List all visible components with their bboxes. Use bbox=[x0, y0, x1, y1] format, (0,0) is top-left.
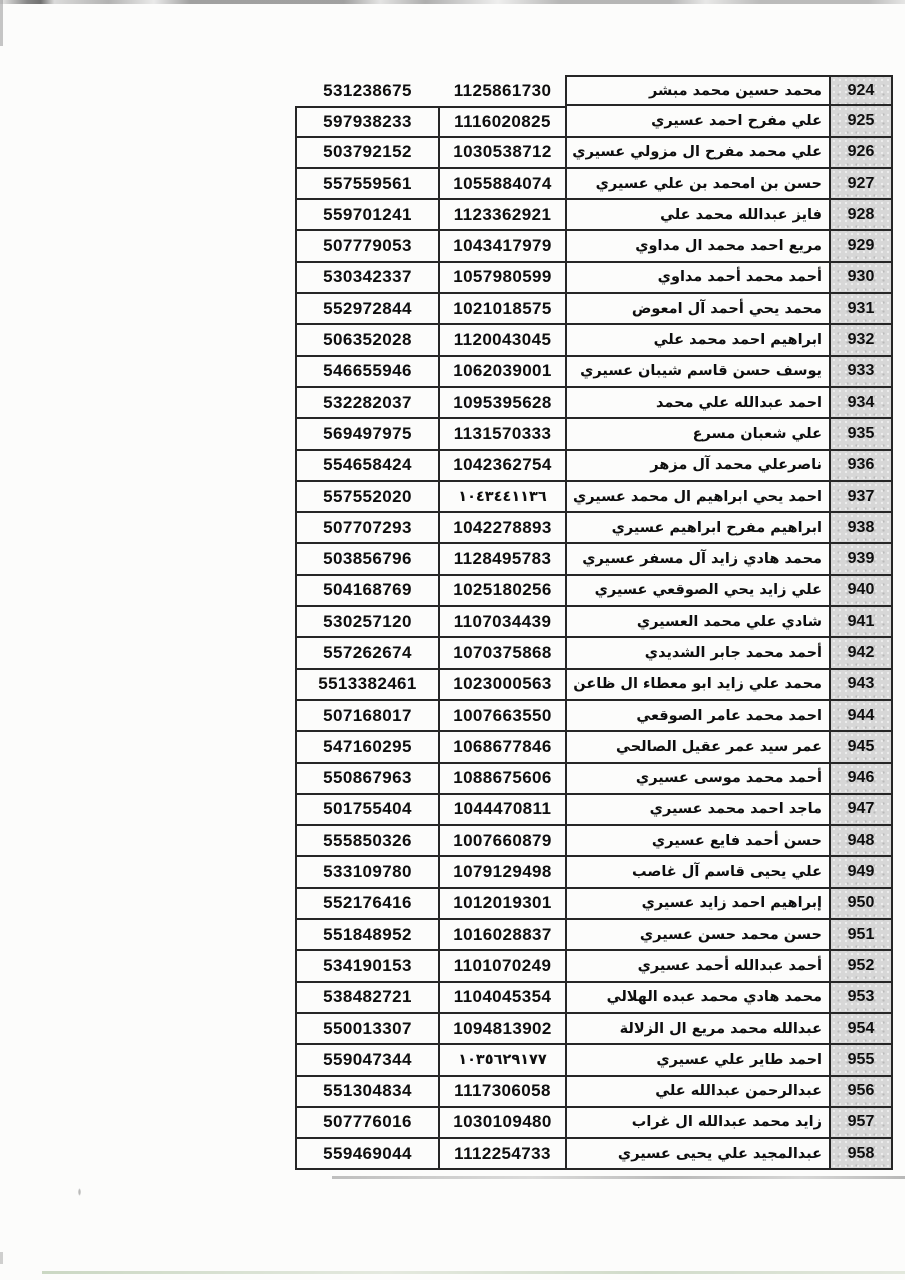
rownum-cell: 952 bbox=[831, 951, 893, 982]
rownum-cell: 947 bbox=[831, 795, 893, 826]
table-row: 5331097801079129498علي يحيى قاسم آل غاصب… bbox=[295, 857, 893, 888]
table-row: 5312386751125861730محمد حسين محمد مبشر92… bbox=[295, 75, 893, 106]
phone-cell: 501755404 bbox=[295, 795, 440, 826]
name-cell: محمد حسين محمد مبشر bbox=[565, 75, 831, 106]
rownum-cell: 928 bbox=[831, 200, 893, 231]
name-cell: يوسف حسن قاسم شيبان عسيري bbox=[565, 357, 831, 388]
id-cell: 1112254733 bbox=[440, 1139, 565, 1170]
name-cell: حسن أحمد فايع عسيري bbox=[565, 826, 831, 857]
rownum-cell: 953 bbox=[831, 983, 893, 1014]
table-row: 5572626741070375868أحمد محمد جابر الشديد… bbox=[295, 638, 893, 669]
phone-cell: 530257120 bbox=[295, 607, 440, 638]
id-cell: 1057980599 bbox=[440, 263, 565, 294]
phone-cell: 550867963 bbox=[295, 764, 440, 795]
table-row: 5529728441021018575محمد يحي أحمد آل امعو… bbox=[295, 294, 893, 325]
rownum-cell: 932 bbox=[831, 325, 893, 356]
id-cell: 1094813902 bbox=[440, 1014, 565, 1045]
phone-cell: 552176416 bbox=[295, 889, 440, 920]
table-row: 5518489521016028837حسن محمد حسن عسيري951 bbox=[295, 920, 893, 951]
id-cell: 1023000563 bbox=[440, 670, 565, 701]
table-row: 5471602951068677846عمر سيد عمر عقيل الصا… bbox=[295, 732, 893, 763]
table-row: 5558503261007660879حسن أحمد فايع عسيري94… bbox=[295, 826, 893, 857]
name-cell: إبراهيم احمد زايد عسيري bbox=[565, 889, 831, 920]
rownum-cell: 939 bbox=[831, 544, 893, 575]
table-row: 5077760161030109480زايد محمد عبدالله ال … bbox=[295, 1108, 893, 1139]
rownum-cell: 940 bbox=[831, 576, 893, 607]
phone-cell: 538482721 bbox=[295, 983, 440, 1014]
id-cell: 1043417979 bbox=[440, 231, 565, 262]
id-cell: 1042362754 bbox=[440, 451, 565, 482]
table-row: 5575595611055884074حسن بن امحمد بن علي ع… bbox=[295, 169, 893, 200]
table-row: 5597012411123362921فايز عبدالله محمد علي… bbox=[295, 200, 893, 231]
rownum-cell: 937 bbox=[831, 482, 893, 513]
table-row: 5063520281120043045ابراهيم احمد محمد علي… bbox=[295, 325, 893, 356]
name-cell: محمد هادي زايد آل مسفر عسيري bbox=[565, 544, 831, 575]
name-cell: أحمد محمد جابر الشديدي bbox=[565, 638, 831, 669]
name-cell: شادي علي محمد العسيري bbox=[565, 607, 831, 638]
rownum-cell: 956 bbox=[831, 1077, 893, 1108]
rownum-cell: 934 bbox=[831, 388, 893, 419]
id-cell: 1131570333 bbox=[440, 419, 565, 450]
table-row: 5508679631088675606أحمد محمد موسى عسيري9… bbox=[295, 764, 893, 795]
table-row: 559047344١٠٣٥٦٢٩١٧٧احمد طاير علي عسيري95… bbox=[295, 1045, 893, 1076]
rownum-cell: 955 bbox=[831, 1045, 893, 1076]
id-cell: 1021018575 bbox=[440, 294, 565, 325]
phone-cell: 506352028 bbox=[295, 325, 440, 356]
table-row: 5384827211104045354محمد هادي محمد عبده ا… bbox=[295, 983, 893, 1014]
name-cell: احمد محمد عامر الصوقعي bbox=[565, 701, 831, 732]
table-row: 5322820371095395628احمد عبدالله علي محمد… bbox=[295, 388, 893, 419]
rownum-cell: 942 bbox=[831, 638, 893, 669]
rownum-cell: 936 bbox=[831, 451, 893, 482]
id-cell: 1101070249 bbox=[440, 951, 565, 982]
rownum-cell: 941 bbox=[831, 607, 893, 638]
phone-cell: 546655946 bbox=[295, 357, 440, 388]
name-cell: ابراهيم احمد محمد علي bbox=[565, 325, 831, 356]
id-cell: 1079129498 bbox=[440, 857, 565, 888]
scan-artifact-speck bbox=[78, 1188, 81, 1196]
name-cell: علي يحيى قاسم آل غاصب bbox=[565, 857, 831, 888]
table-row: 5521764161012019301إبراهيم احمد زايد عسي… bbox=[295, 889, 893, 920]
table-row: 5071680171007663550احمد محمد عامر الصوقع… bbox=[295, 701, 893, 732]
rownum-cell: 927 bbox=[831, 169, 893, 200]
table-row: 5500133071094813902عبدالله محمد مريع ال … bbox=[295, 1014, 893, 1045]
id-cell: 1012019301 bbox=[440, 889, 565, 920]
rownum-cell: 931 bbox=[831, 294, 893, 325]
table-row: 55133824611023000563محمد علي زايد ابو مع… bbox=[295, 670, 893, 701]
id-cell: 1107034439 bbox=[440, 607, 565, 638]
rownum-cell: 930 bbox=[831, 263, 893, 294]
phone-cell: 550013307 bbox=[295, 1014, 440, 1045]
id-cell: 1055884074 bbox=[440, 169, 565, 200]
id-cell: 1030109480 bbox=[440, 1108, 565, 1139]
rownum-cell: 926 bbox=[831, 138, 893, 169]
scan-artifact-bottom-edge bbox=[42, 1271, 905, 1274]
rownum-cell: 951 bbox=[831, 920, 893, 951]
table-row: 5513048341117306058عبدالرحمن عبدالله علي… bbox=[295, 1077, 893, 1108]
table-row: 5077072931042278893ابراهيم مفرح ابراهيم … bbox=[295, 513, 893, 544]
table-row: 5979382331116020825علي مفرح احمد عسيري92… bbox=[295, 106, 893, 137]
id-cell: 1016028837 bbox=[440, 920, 565, 951]
name-cell: عبدالله محمد مريع ال الزلالة bbox=[565, 1014, 831, 1045]
phone-cell: 534190153 bbox=[295, 951, 440, 982]
scan-artifact-left-edge-top bbox=[0, 0, 3, 46]
id-cell: 1030538712 bbox=[440, 138, 565, 169]
rownum-cell: 945 bbox=[831, 732, 893, 763]
name-cell: فايز عبدالله محمد علي bbox=[565, 200, 831, 231]
table-row: 5303423371057980599أحمد محمد أحمد مداوي9… bbox=[295, 263, 893, 294]
phone-cell: 504168769 bbox=[295, 576, 440, 607]
id-cell: 1117306058 bbox=[440, 1077, 565, 1108]
table-row: 5038567961128495783محمد هادي زايد آل مسف… bbox=[295, 544, 893, 575]
phone-cell: 551848952 bbox=[295, 920, 440, 951]
name-cell: عمر سيد عمر عقيل الصالحي bbox=[565, 732, 831, 763]
id-cell: 1044470811 bbox=[440, 795, 565, 826]
scan-artifact-left-edge-bottom bbox=[0, 1252, 3, 1264]
rownum-cell: 935 bbox=[831, 419, 893, 450]
id-cell: 1120043045 bbox=[440, 325, 565, 356]
name-cell: أحمد محمد أحمد مداوي bbox=[565, 263, 831, 294]
phone-cell: 507168017 bbox=[295, 701, 440, 732]
rownum-cell: 944 bbox=[831, 701, 893, 732]
id-cell: ١٠٣٥٦٢٩١٧٧ bbox=[440, 1045, 565, 1076]
phone-cell: 503856796 bbox=[295, 544, 440, 575]
table-row: 5546584241042362754ناصرعلي محمد آل مزهر9… bbox=[295, 451, 893, 482]
id-cell: 1088675606 bbox=[440, 764, 565, 795]
name-cell: محمد علي زايد ابو معطاء ال ظاعن bbox=[565, 670, 831, 701]
id-cell: 1070375868 bbox=[440, 638, 565, 669]
name-cell: عبدالرحمن عبدالله علي bbox=[565, 1077, 831, 1108]
id-cell: 1007663550 bbox=[440, 701, 565, 732]
rownum-cell: 954 bbox=[831, 1014, 893, 1045]
rownum-cell: 924 bbox=[831, 75, 893, 106]
phone-cell: 554658424 bbox=[295, 451, 440, 482]
phone-cell: 557559561 bbox=[295, 169, 440, 200]
name-cell: علي شعبان مسرع bbox=[565, 419, 831, 450]
phone-cell: 559701241 bbox=[295, 200, 440, 231]
table-row: 5037921521030538712علي محمد مفرح ال مزول… bbox=[295, 138, 893, 169]
name-cell: أحمد عبدالله أحمد عسيري bbox=[565, 951, 831, 982]
phone-cell: 559047344 bbox=[295, 1045, 440, 1076]
phone-cell: 552972844 bbox=[295, 294, 440, 325]
table-row: 5594690441112254733عبدالمجيد علي يحيى عس… bbox=[295, 1139, 893, 1170]
phone-cell: 569497975 bbox=[295, 419, 440, 450]
phone-cell: 532282037 bbox=[295, 388, 440, 419]
rownum-cell: 929 bbox=[831, 231, 893, 262]
scan-artifact-top-edge bbox=[0, 0, 905, 4]
phone-cell: 559469044 bbox=[295, 1139, 440, 1170]
name-cell: احمد يحي ابراهيم ال محمد عسيري bbox=[565, 482, 831, 513]
name-cell: ابراهيم مفرح ابراهيم عسيري bbox=[565, 513, 831, 544]
phone-cell: 547160295 bbox=[295, 732, 440, 763]
name-cell: محمد يحي أحمد آل امعوض bbox=[565, 294, 831, 325]
name-cell: علي محمد مفرح ال مزولي عسيري bbox=[565, 138, 831, 169]
id-cell: 1042278893 bbox=[440, 513, 565, 544]
phone-cell: 5513382461 bbox=[295, 670, 440, 701]
name-cell: احمد عبدالله علي محمد bbox=[565, 388, 831, 419]
id-cell: 1123362921 bbox=[440, 200, 565, 231]
name-cell: حسن محمد حسن عسيري bbox=[565, 920, 831, 951]
phone-cell: 533109780 bbox=[295, 857, 440, 888]
name-cell: علي زايد يحي الصوقعي عسيري bbox=[565, 576, 831, 607]
id-cell: 1128495783 bbox=[440, 544, 565, 575]
id-cell: 1125861730 bbox=[440, 75, 565, 106]
phone-cell: 503792152 bbox=[295, 138, 440, 169]
phone-cell: 531238675 bbox=[295, 75, 440, 106]
scanned-page: 5312386751125861730محمد حسين محمد مبشر92… bbox=[0, 0, 905, 1280]
phone-cell: 557552020 bbox=[295, 482, 440, 513]
table-row: 5341901531101070249أحمد عبدالله أحمد عسي… bbox=[295, 951, 893, 982]
name-cell: ماجد احمد محمد عسيري bbox=[565, 795, 831, 826]
id-cell: 1062039001 bbox=[440, 357, 565, 388]
id-cell: 1116020825 bbox=[440, 106, 565, 137]
rownum-cell: 948 bbox=[831, 826, 893, 857]
phone-cell: 551304834 bbox=[295, 1077, 440, 1108]
phone-cell: 507776016 bbox=[295, 1108, 440, 1139]
table-row: 5694979751131570333علي شعبان مسرع935 bbox=[295, 419, 893, 450]
name-cell: أحمد محمد موسى عسيري bbox=[565, 764, 831, 795]
rownum-cell: 958 bbox=[831, 1139, 893, 1170]
phone-cell: 507707293 bbox=[295, 513, 440, 544]
id-cell: 1095395628 bbox=[440, 388, 565, 419]
table-row: 5302571201107034439شادي علي محمد العسيري… bbox=[295, 607, 893, 638]
roster-table: 5312386751125861730محمد حسين محمد مبشر92… bbox=[295, 75, 893, 1170]
table-row: 5466559461062039001يوسف حسن قاسم شيبان ع… bbox=[295, 357, 893, 388]
rownum-cell: 938 bbox=[831, 513, 893, 544]
phone-cell: 597938233 bbox=[295, 106, 440, 137]
rownum-cell: 949 bbox=[831, 857, 893, 888]
name-cell: زايد محمد عبدالله ال غراب bbox=[565, 1108, 831, 1139]
rownum-cell: 933 bbox=[831, 357, 893, 388]
rownum-cell: 943 bbox=[831, 670, 893, 701]
id-cell: 1068677846 bbox=[440, 732, 565, 763]
name-cell: علي مفرح احمد عسيري bbox=[565, 106, 831, 137]
id-cell: ١٠٤٣٤٤١١٣٦ bbox=[440, 482, 565, 513]
id-cell: 1025180256 bbox=[440, 576, 565, 607]
name-cell: محمد هادي محمد عبده الهلالي bbox=[565, 983, 831, 1014]
name-cell: عبدالمجيد علي يحيى عسيري bbox=[565, 1139, 831, 1170]
table-row: 5077790531043417979مريع احمد محمد ال مدا… bbox=[295, 231, 893, 262]
phone-cell: 555850326 bbox=[295, 826, 440, 857]
table-row: 557552020١٠٤٣٤٤١١٣٦احمد يحي ابراهيم ال م… bbox=[295, 482, 893, 513]
rownum-cell: 925 bbox=[831, 106, 893, 137]
phone-cell: 530342337 bbox=[295, 263, 440, 294]
rownum-cell: 957 bbox=[831, 1108, 893, 1139]
scan-artifact-bottom-line bbox=[332, 1176, 905, 1179]
name-cell: احمد طاير علي عسيري bbox=[565, 1045, 831, 1076]
id-cell: 1104045354 bbox=[440, 983, 565, 1014]
id-cell: 1007660879 bbox=[440, 826, 565, 857]
phone-cell: 507779053 bbox=[295, 231, 440, 262]
phone-cell: 557262674 bbox=[295, 638, 440, 669]
rownum-cell: 950 bbox=[831, 889, 893, 920]
table-row: 5041687691025180256علي زايد يحي الصوقعي … bbox=[295, 576, 893, 607]
rownum-cell: 946 bbox=[831, 764, 893, 795]
name-cell: مريع احمد محمد ال مداوي bbox=[565, 231, 831, 262]
table-row: 5017554041044470811ماجد احمد محمد عسيري9… bbox=[295, 795, 893, 826]
name-cell: حسن بن امحمد بن علي عسيري bbox=[565, 169, 831, 200]
name-cell: ناصرعلي محمد آل مزهر bbox=[565, 451, 831, 482]
